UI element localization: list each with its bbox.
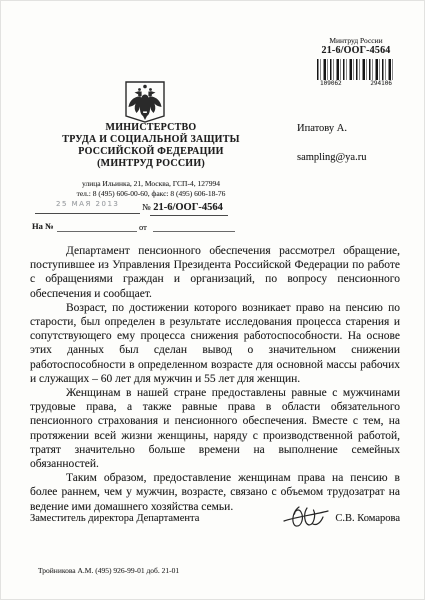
date-stamp: 25 МАЯ 2013	[56, 200, 146, 208]
stamp-doc-number: 21-6/ООГ-4564	[307, 45, 405, 57]
scanned-letter-page: Минтруд России 21-6/ООГ-4564 109062 2941…	[0, 0, 425, 600]
paragraph: Женщинам в нашей стране предоставлены ра…	[30, 386, 400, 471]
number-sign: №	[142, 202, 151, 212]
address-line: улица Ильинка, 21, Москва, ГСП-4, 127994	[41, 179, 261, 189]
ministry-name-block: МИНИСТЕРСТВО ТРУДА И СОЦИАЛЬНОЙ ЗАЩИТЫ Р…	[41, 122, 261, 170]
letter-body: Департамент пенсионного обеспечения расс…	[30, 244, 400, 514]
signature-icon	[283, 504, 329, 532]
stamp-org-name: Минтруд России	[307, 36, 405, 45]
barcode-number-right: 294106	[370, 80, 392, 87]
ministry-line: МИНИСТЕРСТВО	[41, 122, 261, 134]
reference-date-blank	[153, 231, 235, 232]
barcode-number-left: 109062	[320, 80, 342, 87]
ministry-address-block: улица Ильинка, 21, Москва, ГСП-4, 127994…	[41, 179, 261, 198]
barcode-numbers: 109062 294106	[320, 80, 392, 87]
reference-from-label: от	[139, 222, 147, 232]
recipient-email: sampling@ya.ru	[297, 151, 366, 164]
registration-stamp: Минтруд России 21-6/ООГ-4564 109062 2941…	[307, 36, 405, 87]
coat-of-arms-icon	[124, 80, 166, 124]
paragraph: Возраст, по достижении которого возникае…	[30, 301, 400, 386]
doc-number-value: 21-6/ООГ-4564	[153, 202, 223, 213]
ministry-line: ТРУДА И СОЦИАЛЬНОЙ ЗАЩИТЫ	[41, 134, 261, 146]
signer-name: С.В. Комарова	[335, 513, 400, 524]
signer-position: Заместитель директора Департамента	[30, 513, 199, 524]
reference-label: На №	[32, 221, 54, 231]
ministry-line: РОССИЙСКОЙ ФЕДЕРАЦИИ	[41, 146, 261, 158]
signature-block: Заместитель директора Департамента С.В. …	[30, 504, 400, 532]
recipient-name: Ипатову А.	[297, 122, 366, 135]
paragraph: Департамент пенсионного обеспечения расс…	[30, 244, 400, 301]
doc-number-underline	[150, 215, 228, 216]
recipient-block: Ипатову А. sampling@ya.ru	[297, 122, 366, 164]
ministry-line: (МИНТРУД РОССИИ)	[41, 158, 261, 170]
doc-number-line: № 21-6/ООГ-4564	[142, 202, 223, 213]
address-line: тел.: 8 (495) 606-00-60, факс: 8 (495) 6…	[41, 189, 261, 199]
reference-number-blank	[57, 231, 137, 232]
date-underline	[35, 213, 140, 214]
executor-contact: Тройникова А.М. (495) 926-99-01 доб. 21-…	[38, 566, 179, 575]
barcode	[317, 59, 395, 80]
